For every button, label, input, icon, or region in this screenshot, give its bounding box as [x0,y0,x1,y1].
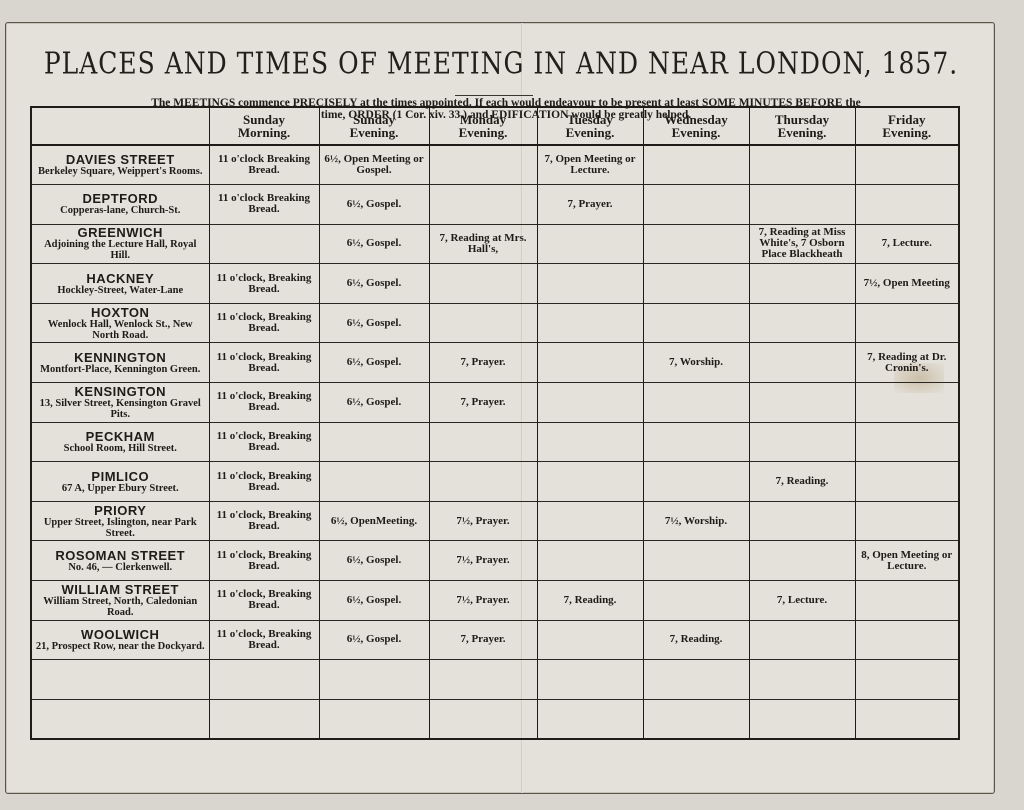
schedule-cell [749,343,855,383]
table-row [31,660,959,700]
schedule-cell [209,224,319,264]
table-row: DAVIES STREETBerkeley Square, Weippert's… [31,145,959,185]
schedule-cell [429,660,537,700]
schedule-cell [749,660,855,700]
place-cell: DAVIES STREETBerkeley Square, Weippert's… [31,145,209,185]
schedule-cell [855,145,959,185]
header-period: Evening. [322,126,427,139]
schedule-cell [537,541,643,581]
schedule-cell: 7, Lecture. [855,224,959,264]
table-row: DEPTFORDCopperas-lane, Church-St.11 o'cl… [31,185,959,225]
place-address: Upper Street, Islington, near Park Stree… [34,517,207,539]
schedule-cell [749,541,855,581]
schedule-cell [537,343,643,383]
place-cell: HACKNEYHockley-Street, Water-Lane [31,264,209,304]
schedule-cell: 6½, Gospel. [319,620,429,660]
header-period: Evening. [432,126,535,139]
header-place [31,107,209,145]
schedule-cell: 6½, Gospel. [319,383,429,423]
schedule-cell [209,699,319,739]
schedule-cell [537,699,643,739]
schedule-cell: 11 o'clock, Breaking Bread. [209,462,319,502]
schedule-cell: 6½, Gospel. [319,581,429,621]
header-period: Evening. [540,126,641,139]
table-row: ROSOMAN STREETNo. 46, — Clerkenwell.11 o… [31,541,959,581]
table-row: HACKNEYHockley-Street, Water-Lane11 o'cl… [31,264,959,304]
schedule-cell: 7, Worship. [643,343,749,383]
place-address: Hockley-Street, Water-Lane [34,285,207,296]
schedule-cell [855,422,959,462]
schedule-cell: 6½, Open Meeting or Gospel. [319,145,429,185]
schedule-cell: 11 o'clock, Breaking Bread. [209,581,319,621]
table-row: GREENWICHAdjoining the Lecture Hall, Roy… [31,224,959,264]
schedule-cell: 7½, Open Meeting [855,264,959,304]
place-cell: WOOLWICH21, Prospect Row, near the Docky… [31,620,209,660]
schedule-cell [319,422,429,462]
schedule-cell [643,264,749,304]
place-address: 67 A, Upper Ebury Street. [34,483,207,494]
place-address: Wenlock Hall, Wenlock St., New North Roa… [34,319,207,341]
schedule-cell [537,501,643,541]
schedule-cell: 6½, Gospel. [319,343,429,383]
header-thursday-evening: ThursdayEvening. [749,107,855,145]
schedule-cell [643,581,749,621]
place-cell: ROSOMAN STREETNo. 46, — Clerkenwell. [31,541,209,581]
place-name: PIMLICO [34,470,207,483]
header-wednesday-evening: WednesdayEvening. [643,107,749,145]
place-cell [31,699,209,739]
title-rule [455,95,533,96]
schedule-cell: 7, Reading. [749,462,855,502]
place-cell: PIMLICO67 A, Upper Ebury Street. [31,462,209,502]
place-address: 21, Prospect Row, near the Dockyard. [34,641,207,652]
place-address: Copperas-lane, Church-St. [34,205,207,216]
place-name: HOXTON [34,306,207,319]
schedule-cell [749,264,855,304]
table-row: HOXTONWenlock Hall, Wenlock St., New Nor… [31,303,959,343]
schedule-cell [537,462,643,502]
place-address: William Street, North, Caledonian Road. [34,596,207,618]
page-title: PLACES AND TIMES OF MEETING IN AND NEAR … [26,46,976,81]
table-row: KENNINGTONMontfort-Place, Kennington Gre… [31,343,959,383]
header-tuesday-evening: TuesdayEvening. [537,107,643,145]
place-cell: DEPTFORDCopperas-lane, Church-St. [31,185,209,225]
schedule-cell [855,620,959,660]
place-name: DEPTFORD [34,192,207,205]
schedule-cell: 7½, Prayer. [429,581,537,621]
schedule-cell [749,422,855,462]
schedule-cell [855,383,959,423]
header-monday-evening: MondayEvening. [429,107,537,145]
place-cell [31,660,209,700]
schedule-cell: 6½, OpenMeeting. [319,501,429,541]
schedule-cell: 11 o'clock Breaking Bread. [209,145,319,185]
schedule-cell: 11 o'clock Breaking Bread. [209,185,319,225]
schedule-cell: 7, Reading at Miss White's, 7 Osborn Pla… [749,224,855,264]
place-cell: KENSINGTON13, Silver Street, Kensington … [31,383,209,423]
header-friday-evening: FridayEvening. [855,107,959,145]
schedule-cell [429,264,537,304]
schedule-cell: 7½, Prayer. [429,501,537,541]
place-name: PECKHAM [34,430,207,443]
schedule-cell [643,185,749,225]
table-row: PECKHAMSchool Room, Hill Street.11 o'clo… [31,422,959,462]
schedule-cell [429,145,537,185]
schedule-cell: 6½, Gospel. [319,264,429,304]
schedule-cell [749,303,855,343]
schedule-cell [537,303,643,343]
schedule-cell: 7, Reading. [643,620,749,660]
schedule-cell: 6½, Gospel. [319,303,429,343]
schedule-cell: 7, Prayer. [429,620,537,660]
schedule-cell: 6½, Gospel. [319,185,429,225]
place-name: HACKNEY [34,272,207,285]
place-name: KENNINGTON [34,351,207,364]
schedule-cell [429,699,537,739]
schedule-cell [537,422,643,462]
place-cell: GREENWICHAdjoining the Lecture Hall, Roy… [31,224,209,264]
schedule-cell: 7, Prayer. [429,383,537,423]
table-row: PIMLICO67 A, Upper Ebury Street.11 o'clo… [31,462,959,502]
schedule-cell: 7½, Prayer. [429,541,537,581]
place-name: PRIORY [34,504,207,517]
place-cell: PRIORYUpper Street, Islington, near Park… [31,501,209,541]
schedule-cell: 11 o'clock, Breaking Bread. [209,264,319,304]
table-row [31,699,959,739]
header-period: Evening. [858,126,957,139]
place-cell: PECKHAMSchool Room, Hill Street. [31,422,209,462]
schedule-cell: 6½, Gospel. [319,224,429,264]
place-address: 13, Silver Street, Kensington Gravel Pit… [34,398,207,420]
schedule-cell: 8, Open Meeting or Lecture. [855,541,959,581]
schedule-cell: 11 o'clock, Breaking Bread. [209,422,319,462]
header-period: Evening. [646,126,747,139]
schedule-cell [855,699,959,739]
schedule-cell [855,303,959,343]
place-cell: HOXTONWenlock Hall, Wenlock St., New Nor… [31,303,209,343]
schedule-cell [319,462,429,502]
schedule-cell: 7, Open Meeting or Lecture. [537,145,643,185]
schedule-cell [643,660,749,700]
schedule-cell [429,185,537,225]
schedule-cell [749,620,855,660]
place-address: Adjoining the Lecture Hall, Royal Hill. [34,239,207,261]
place-name: DAVIES STREET [34,153,207,166]
schedule-cell [429,303,537,343]
header-period: Morning. [212,126,317,139]
schedule-cell [643,541,749,581]
schedule-cell: 11 o'clock, Breaking Bread. [209,620,319,660]
schedule-cell: 11 o'clock, Breaking Bread. [209,343,319,383]
place-name: WOOLWICH [34,628,207,641]
schedule-cell [643,224,749,264]
table-row: WOOLWICH21, Prospect Row, near the Docky… [31,620,959,660]
header-sunday-morning: SundayMorning. [209,107,319,145]
schedule-cell [749,383,855,423]
place-cell: KENNINGTONMontfort-Place, Kennington Gre… [31,343,209,383]
schedule-cell [643,303,749,343]
place-name: WILLIAM STREET [34,583,207,596]
place-address: Berkeley Square, Weippert's Rooms. [34,166,207,177]
place-address: Montfort-Place, Kennington Green. [34,364,207,375]
schedule-cell [749,501,855,541]
schedule-cell [855,581,959,621]
schedule-cell [537,383,643,423]
schedule-cell [749,185,855,225]
place-address: School Room, Hill Street. [34,443,207,454]
schedule-cell [319,699,429,739]
place-name: ROSOMAN STREET [34,549,207,562]
schedule-cell: 7, Reading at Mrs. Hall's, [429,224,537,264]
schedule-cell [855,185,959,225]
schedule-cell [643,462,749,502]
table-row: WILLIAM STREETWilliam Street, North, Cal… [31,581,959,621]
schedule-cell: 7, Prayer. [537,185,643,225]
schedule-cell [537,264,643,304]
schedule-cell [749,145,855,185]
place-address: No. 46, — Clerkenwell. [34,562,207,573]
place-cell: WILLIAM STREETWilliam Street, North, Cal… [31,581,209,621]
schedule-cell [855,462,959,502]
table-row: KENSINGTON13, Silver Street, Kensington … [31,383,959,423]
schedule-cell [537,224,643,264]
schedule-cell [855,501,959,541]
schedule-cell: 11 o'clock, Breaking Bread. [209,303,319,343]
table-row: PRIORYUpper Street, Islington, near Park… [31,501,959,541]
schedule-cell [209,660,319,700]
schedule-cell [643,383,749,423]
schedule-cell [319,660,429,700]
meeting-schedule-table: SundayMorning.SundayEvening.MondayEvenin… [30,106,960,740]
schedule-cell: 7, Prayer. [429,343,537,383]
schedule-cell: 7, Reading at Dr. Cronin's. [855,343,959,383]
schedule-cell [429,462,537,502]
schedule-cell [537,620,643,660]
schedule-cell: 6½, Gospel. [319,541,429,581]
header-period: Evening. [752,126,853,139]
place-name: GREENWICH [34,226,207,239]
header-row: SundayMorning.SundayEvening.MondayEvenin… [31,107,959,145]
schedule-cell [643,422,749,462]
schedule-cell: 11 o'clock, Breaking Bread. [209,541,319,581]
place-name: KENSINGTON [34,385,207,398]
schedule-cell: 7, Reading. [537,581,643,621]
schedule-cell: 11 o'clock, Breaking Bread. [209,501,319,541]
schedule-cell: 11 o'clock, Breaking Bread. [209,383,319,423]
schedule-cell [429,422,537,462]
schedule-cell [643,699,749,739]
schedule-cell [855,660,959,700]
header-sunday-evening: SundayEvening. [319,107,429,145]
schedule-cell: 7½, Worship. [643,501,749,541]
schedule-cell [749,699,855,739]
schedule-cell: 7, Lecture. [749,581,855,621]
schedule-cell [537,660,643,700]
schedule-cell [643,145,749,185]
